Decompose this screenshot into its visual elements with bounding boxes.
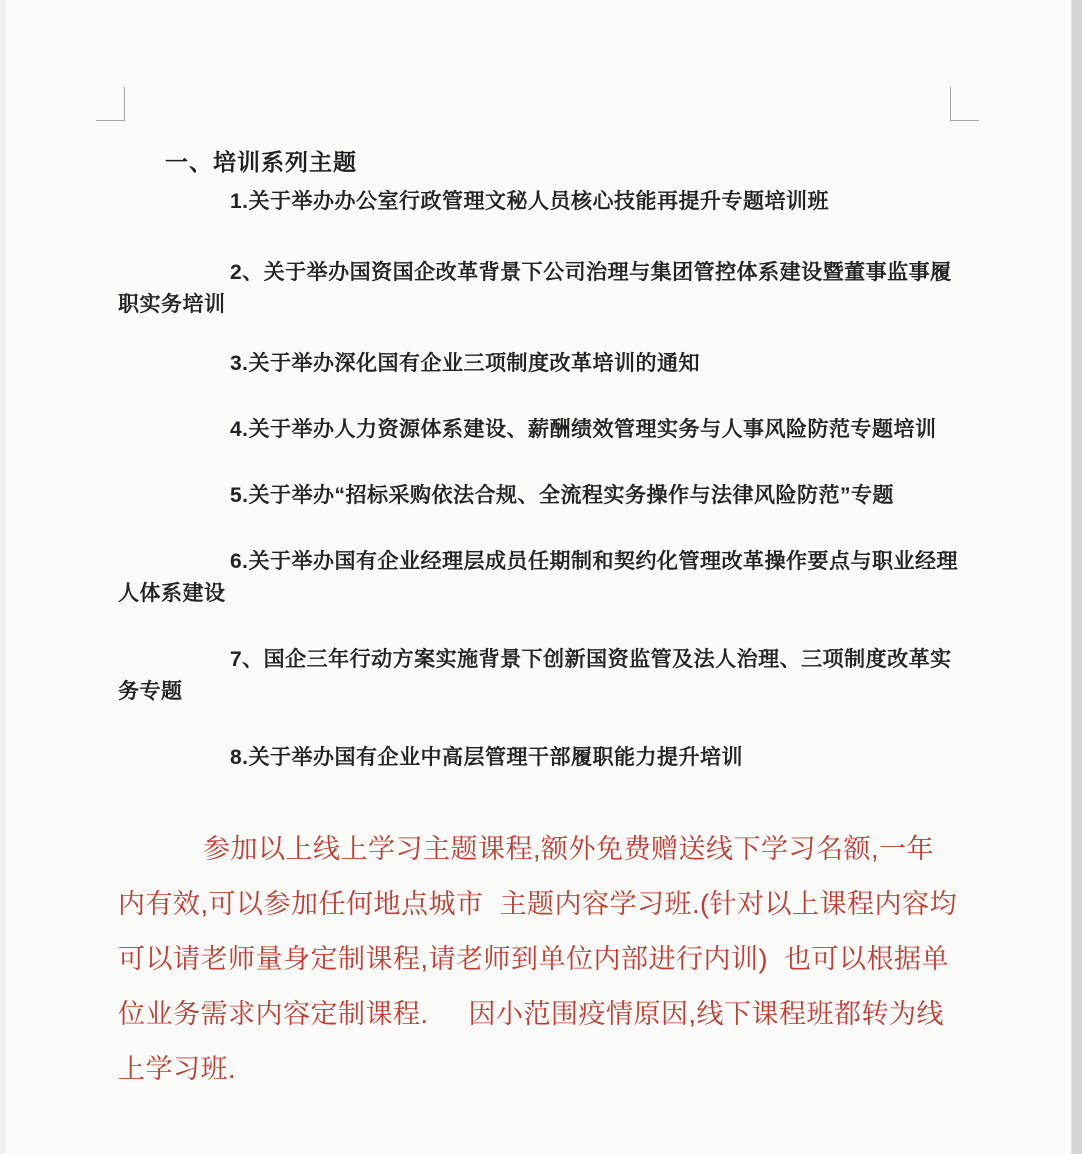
list-item-5: 5.关于举办“招标采购依法合规、全流程实务操作与法律风险防范”专题 <box>118 480 963 512</box>
list-item-2: 2、关于举办国资国企改革背景下公司治理与集团管控体系建设暨董事监事履职实务培训 <box>118 257 963 321</box>
list-item-1: 1.关于举办办公室行政管理文秘人员核心技能再提升专题培训班 <box>118 186 963 218</box>
margin-crop-mark-top-right <box>950 87 979 121</box>
list-item-6: 6.关于举办国有企业经理层成员任期制和契约化管理改革操作要点与职业经理人体系建设 <box>118 546 963 610</box>
page-edge-right <box>1071 0 1082 1154</box>
note-paragraph: 参加以上线上学习主题课程,额外免费赠送线下学习名额,一年内有效,可以参加任何地点… <box>118 822 960 1097</box>
document-page: 一、培训系列主题 1.关于举办办公室行政管理文秘人员核心技能再提升专题培训班 2… <box>0 0 1082 1154</box>
list-item-7: 7、国企三年行动方案实施背景下创新国资监管及法人治理、三项制度改革实务专题 <box>118 644 963 708</box>
margin-crop-mark-top-left <box>96 87 125 121</box>
list-item-8: 8.关于举办国有企业中高层管理干部履职能力提升培训 <box>118 742 963 774</box>
list-item-4: 4.关于举办人力资源体系建设、薪酬绩效管理实务与人事风险防范专题培训 <box>118 414 963 446</box>
section-heading: 一、培训系列主题 <box>165 148 1082 177</box>
list-item-3: 3.关于举办深化国有企业三项制度改革培训的通知 <box>118 348 963 380</box>
document-content: 一、培训系列主题 1.关于举办办公室行政管理文秘人员核心技能再提升专题培训班 2… <box>0 148 1082 1097</box>
